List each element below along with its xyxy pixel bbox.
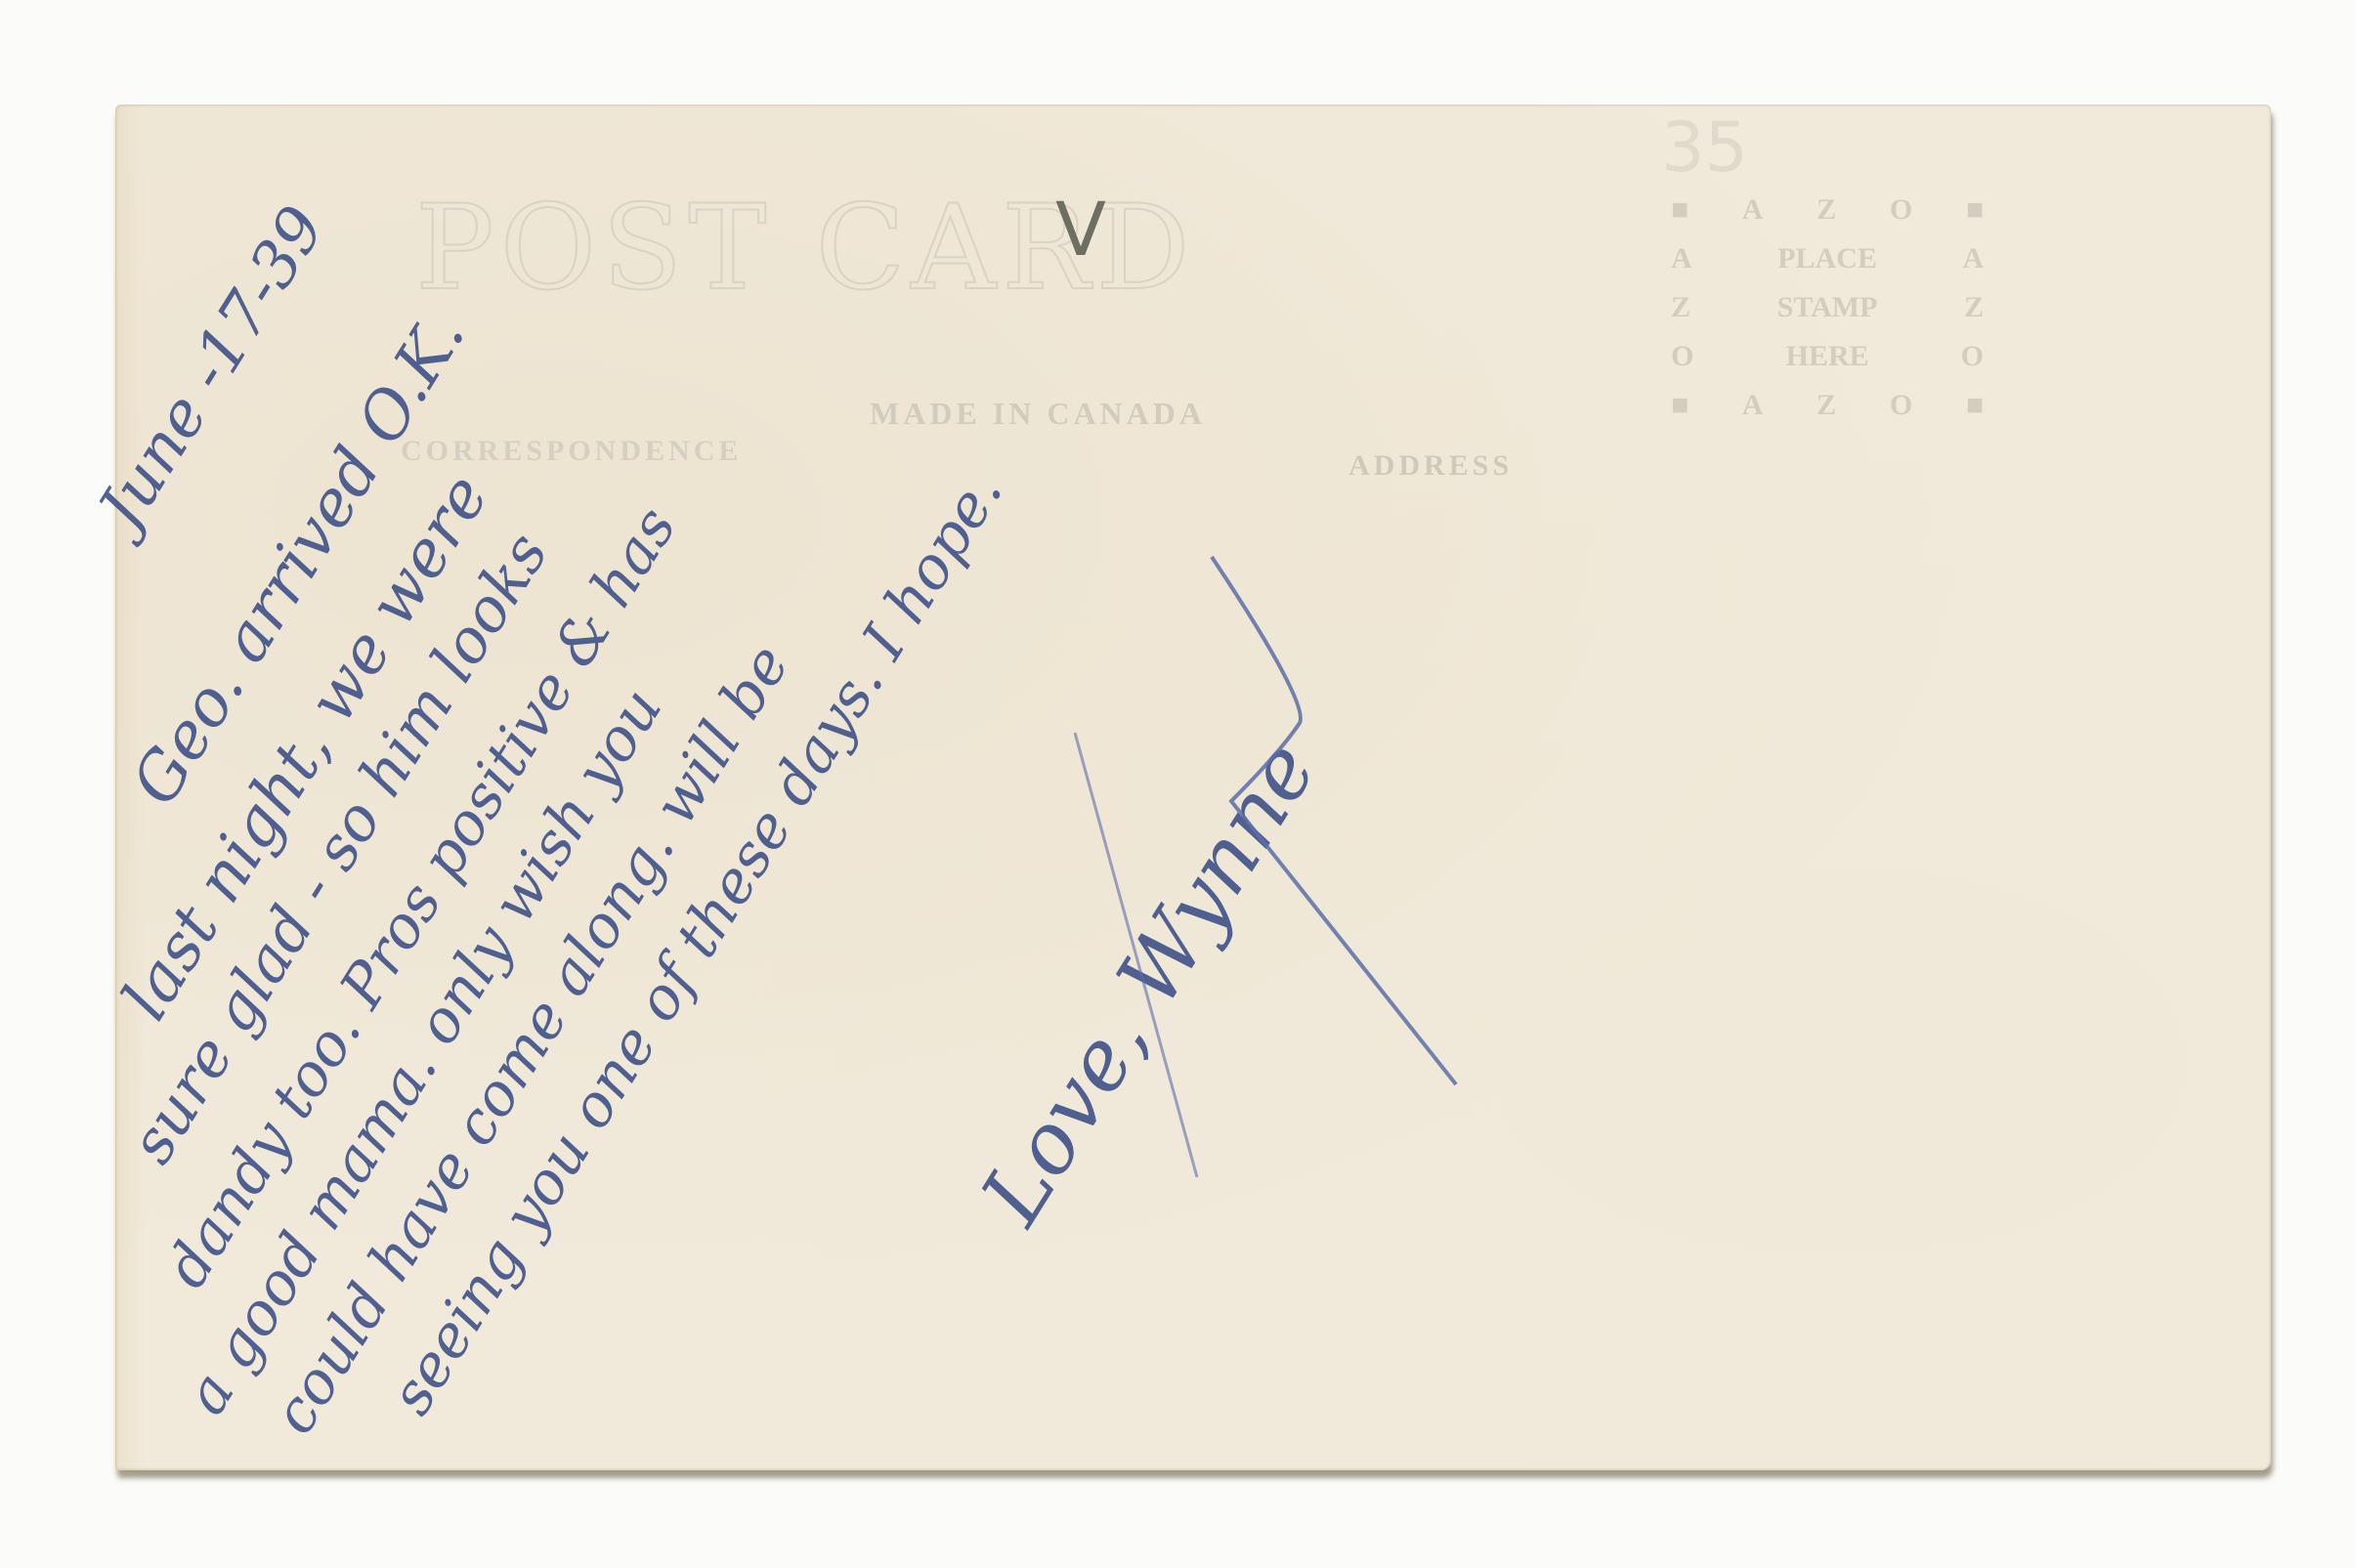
signature-flourish <box>0 0 2355 1568</box>
